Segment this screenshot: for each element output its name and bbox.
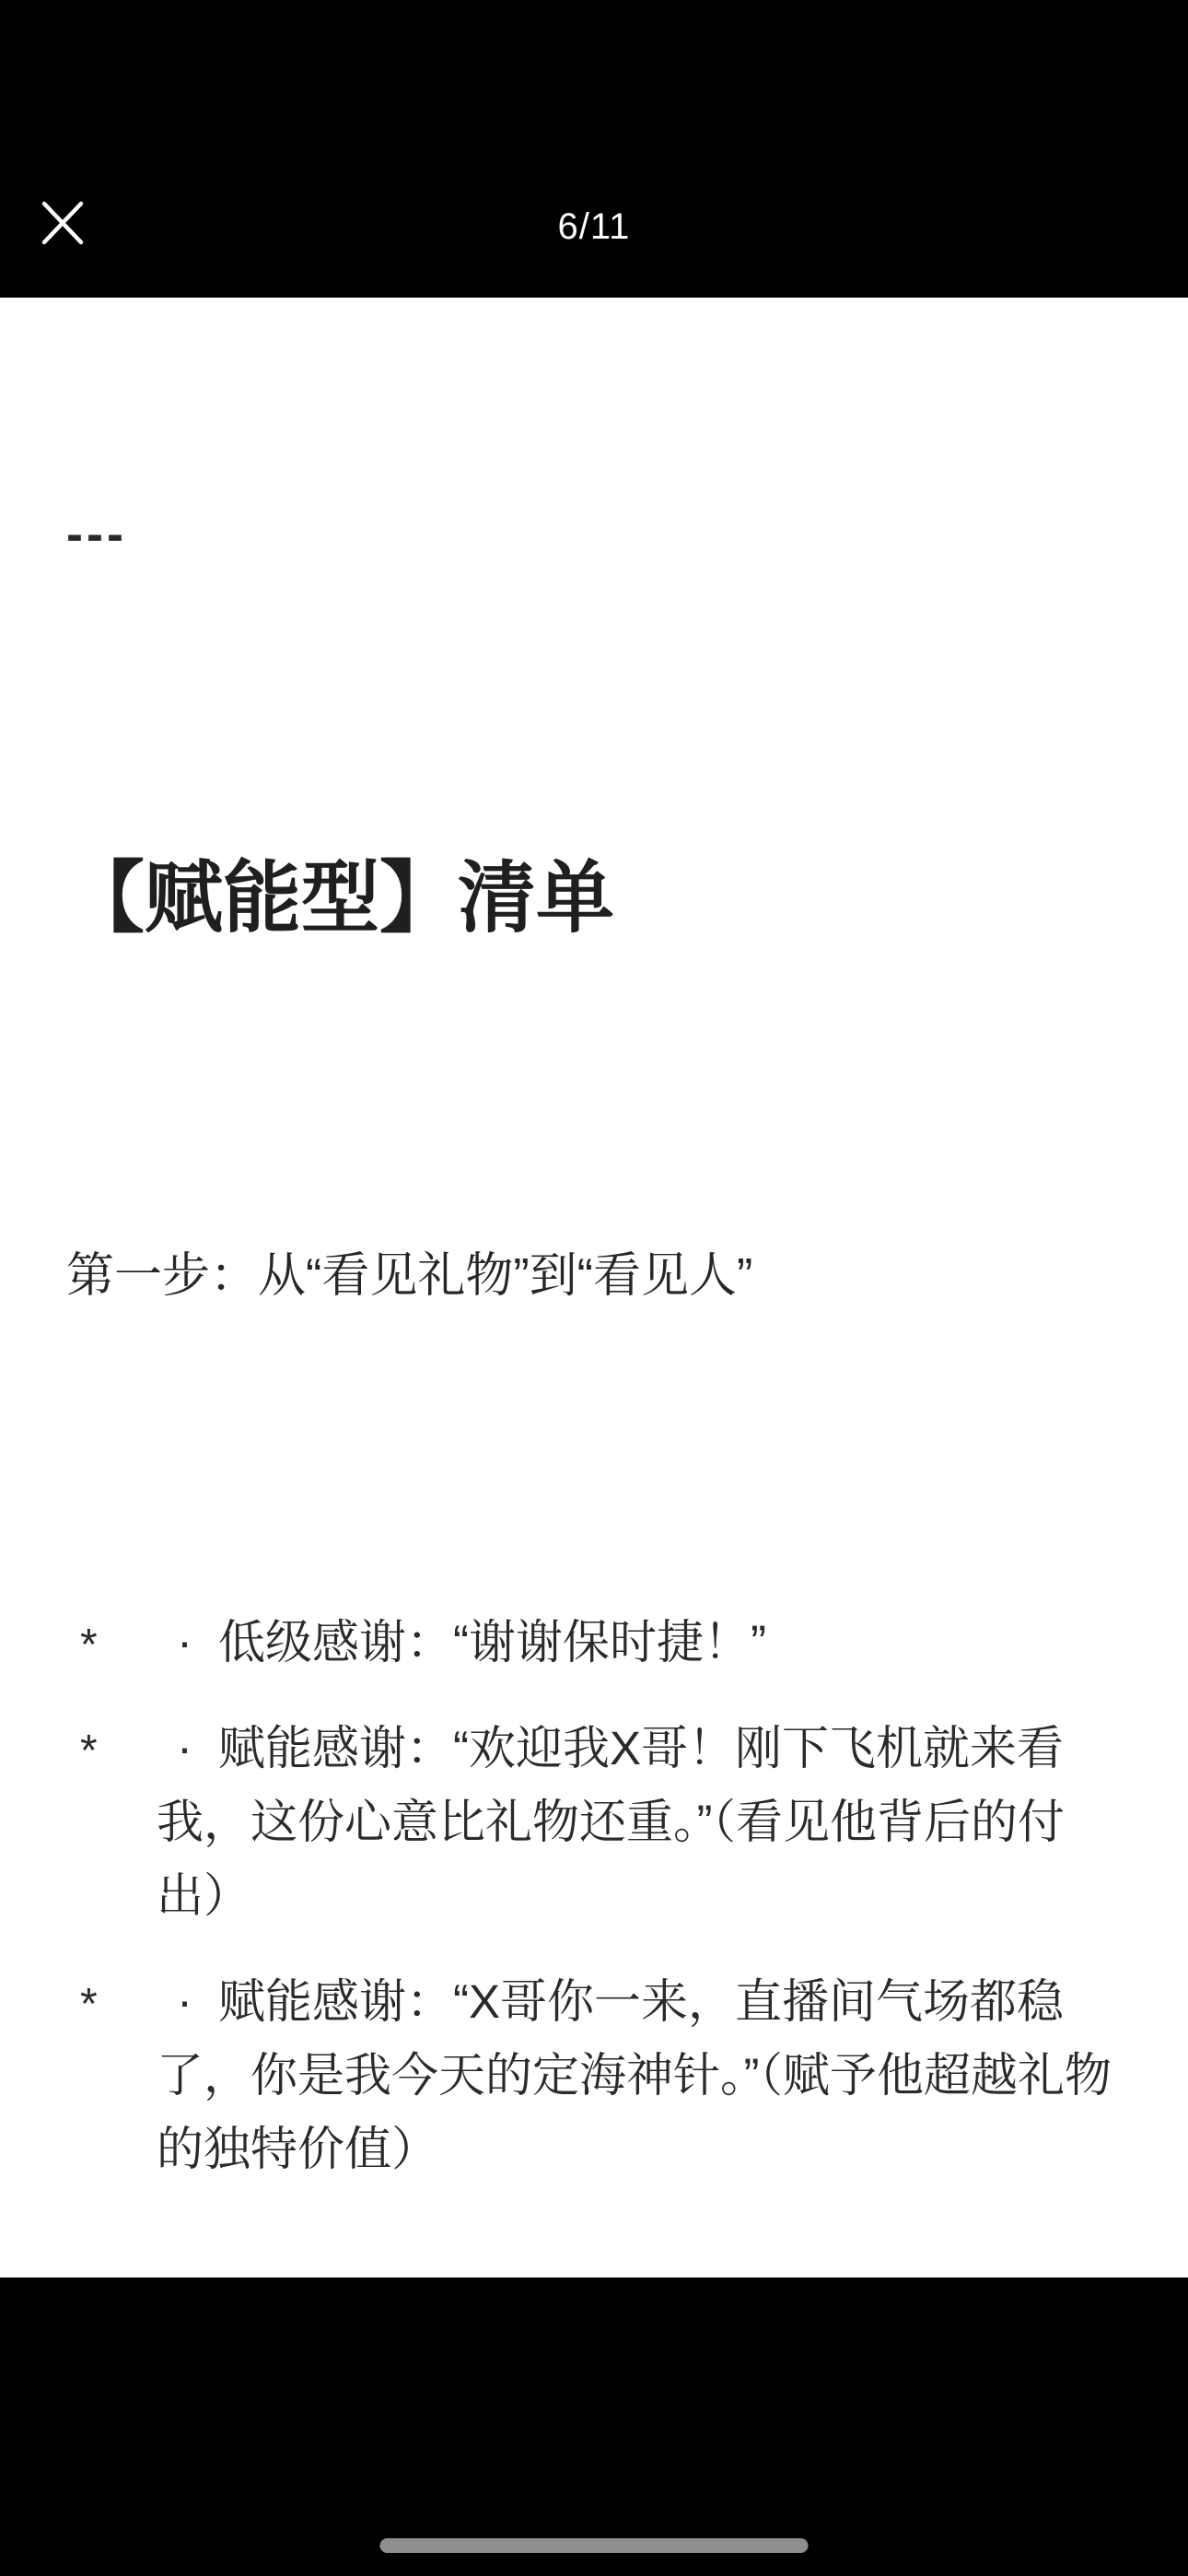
bullet-dot-marker: · xyxy=(177,1712,192,1784)
bottom-bar xyxy=(0,2277,1188,2576)
bullet-asterisk-marker: * xyxy=(80,1965,98,2044)
list-item-text: 低级感谢：“谢谢保时捷！” xyxy=(157,1606,1122,1680)
top-bar: 6/11 xyxy=(0,0,1188,298)
list-item: * · 赋能感谢：“X哥你一来，直播间气场都稳了，你是我今天的定海神针。”（赋予… xyxy=(66,1965,1122,2186)
list-item: * · 赋能感谢：“欢迎我X哥！刚下飞机就来看我，这份心意比礼物还重。”（看见他… xyxy=(66,1712,1122,1933)
document-heading: 【赋能型】清单 xyxy=(66,852,1122,946)
page-indicator: 6/11 xyxy=(0,206,1188,247)
document-preview-screen: 6/11 --- 【赋能型】清单 第一步：从“看见礼物”到“看见人” * · 低… xyxy=(0,0,1188,2576)
bullet-asterisk-marker: * xyxy=(80,1712,98,1791)
list-item-text: 赋能感谢：“欢迎我X哥！刚下飞机就来看我，这份心意比礼物还重。”（看见他背后的付… xyxy=(157,1712,1122,1933)
home-indicator[interactable] xyxy=(380,2538,809,2553)
document-canvas[interactable]: --- 【赋能型】清单 第一步：从“看见礼物”到“看见人” * · 低级感谢：“… xyxy=(0,298,1188,2277)
bullet-asterisk-marker: * xyxy=(80,1606,98,1685)
bullet-dot-marker: · xyxy=(177,1965,192,2037)
bullet-list: * · 低级感谢：“谢谢保时捷！” * · 赋能感谢：“欢迎我X哥！刚下飞机就来… xyxy=(66,1606,1122,2186)
bullet-dot-marker: · xyxy=(177,1606,192,1678)
document-subheading: 第一步：从“看见礼物”到“看见人” xyxy=(66,1244,1122,1308)
list-item: * · 低级感谢：“谢谢保时捷！” xyxy=(66,1606,1122,1680)
markdown-divider: --- xyxy=(66,498,1122,571)
list-item-text: 赋能感谢：“X哥你一来，直播间气场都稳了，你是我今天的定海神针。”（赋予他超越礼… xyxy=(157,1965,1122,2186)
